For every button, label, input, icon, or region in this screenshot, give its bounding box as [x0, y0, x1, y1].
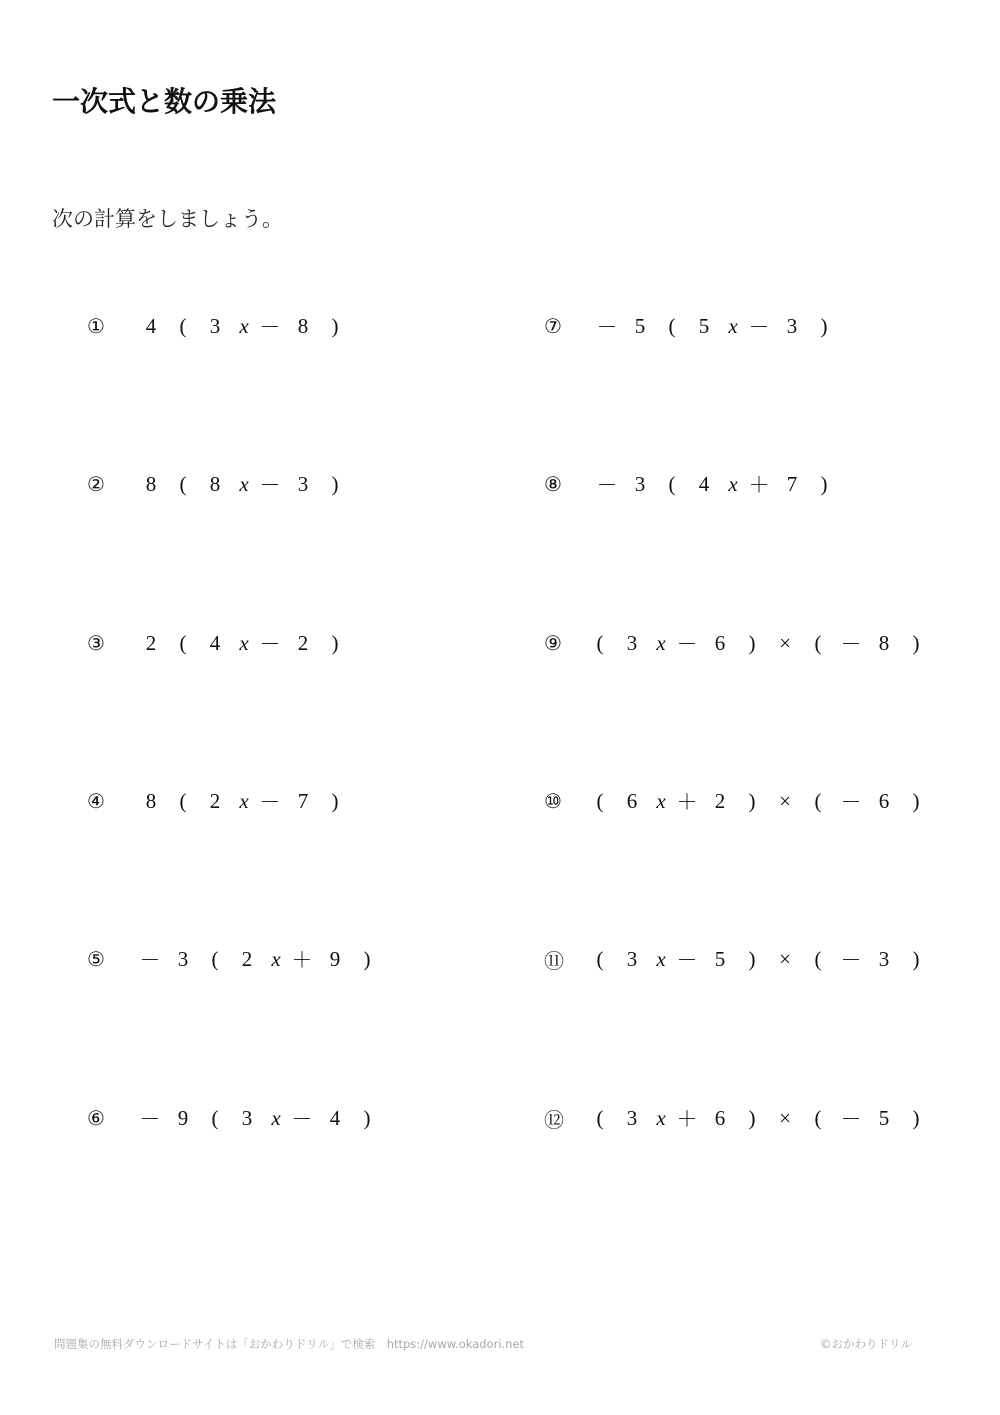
- problem-number: ⑦: [544, 314, 584, 338]
- expression-token: 8: [203, 472, 227, 497]
- problem-1: ① 4(3x－8): [87, 311, 355, 341]
- expression-token: 3: [620, 947, 644, 972]
- expression-token: ×: [772, 1106, 798, 1131]
- expression-token: (: [588, 1106, 612, 1131]
- expression-token: ＋: [289, 944, 315, 974]
- expression-token: (: [203, 1106, 227, 1131]
- expression-token: 6: [620, 789, 644, 814]
- problem-expression: (3x－6)×(－8): [588, 628, 936, 658]
- expression-token: ×: [772, 947, 798, 972]
- problem-expression: (3x－5)×(－3): [588, 944, 936, 974]
- variable-x: x: [724, 314, 742, 339]
- expression-token: ＋: [746, 469, 772, 499]
- expression-token: 9: [171, 1106, 195, 1131]
- problem-expression: 4(3x－8): [139, 311, 355, 341]
- expression-token: ＋: [674, 1103, 700, 1133]
- expression-token: ): [904, 789, 928, 814]
- expression-token: －: [257, 628, 283, 658]
- variable-x: x: [652, 947, 670, 972]
- expression-token: ): [904, 631, 928, 656]
- problem-2: ② 8(8x－3): [87, 469, 355, 499]
- problem-11: ⑪ (3x－5)×(－3): [544, 944, 936, 974]
- expression-token: ): [904, 947, 928, 972]
- expression-token: －: [257, 786, 283, 816]
- expression-token: ): [355, 947, 379, 972]
- problem-number: ②: [87, 472, 127, 496]
- expression-token: ): [355, 1106, 379, 1131]
- expression-token: ): [740, 947, 764, 972]
- expression-token: 5: [628, 314, 652, 339]
- expression-token: 3: [620, 631, 644, 656]
- expression-token: (: [588, 789, 612, 814]
- problem-expression: 8(2x－7): [139, 786, 355, 816]
- expression-token: －: [838, 786, 864, 816]
- variable-x: x: [235, 789, 253, 814]
- problem-12: ⑫ (3x＋6)×(－5): [544, 1103, 936, 1133]
- expression-token: 3: [291, 472, 315, 497]
- problem-expression: －5(5x－3): [594, 311, 844, 341]
- variable-x: x: [652, 631, 670, 656]
- expression-token: 4: [323, 1106, 347, 1131]
- problem-9: ⑨ (3x－6)×(－8): [544, 628, 936, 658]
- expression-token: (: [806, 1106, 830, 1131]
- expression-token: 8: [139, 789, 163, 814]
- variable-x: x: [652, 1106, 670, 1131]
- problem-5: ⑤ －3(2x＋9): [87, 944, 387, 974]
- expression-token: (: [806, 789, 830, 814]
- expression-token: ): [740, 631, 764, 656]
- expression-token: (: [806, 631, 830, 656]
- problem-number: ⑫: [544, 1104, 584, 1133]
- variable-x: x: [267, 947, 285, 972]
- variable-x: x: [267, 1106, 285, 1131]
- expression-token: (: [660, 472, 684, 497]
- problem-number: ⑪: [544, 945, 584, 974]
- instruction-text: 次の計算をしましょう。: [52, 205, 283, 233]
- expression-token: (: [171, 789, 195, 814]
- footer-download-note: 問題集の無料ダウンロードサイトは「おかわりドリル」で検索 https://www…: [54, 1336, 524, 1352]
- expression-token: ＋: [674, 786, 700, 816]
- expression-token: －: [257, 311, 283, 341]
- expression-token: ×: [772, 631, 798, 656]
- expression-token: ): [812, 314, 836, 339]
- expression-token: －: [838, 944, 864, 974]
- expression-token: －: [257, 469, 283, 499]
- expression-token: 2: [291, 631, 315, 656]
- expression-token: 4: [203, 631, 227, 656]
- expression-token: (: [806, 947, 830, 972]
- problem-7: ⑦ －5(5x－3): [544, 311, 844, 341]
- expression-token: ): [740, 1106, 764, 1131]
- expression-token: ): [812, 472, 836, 497]
- expression-token: ): [323, 789, 347, 814]
- problem-3: ③ 2(4x－2): [87, 628, 355, 658]
- problem-4: ④ 8(2x－7): [87, 786, 355, 816]
- expression-token: －: [838, 628, 864, 658]
- problem-number: ⑥: [87, 1106, 127, 1130]
- problem-10: ⑩ (6x＋2)×(－6): [544, 786, 936, 816]
- expression-token: (: [660, 314, 684, 339]
- problem-number: ③: [87, 631, 127, 655]
- expression-token: 6: [708, 631, 732, 656]
- expression-token: ): [323, 472, 347, 497]
- variable-x: x: [652, 789, 670, 814]
- problem-expression: (3x＋6)×(－5): [588, 1103, 936, 1133]
- expression-token: 5: [872, 1106, 896, 1131]
- problem-expression: 8(8x－3): [139, 469, 355, 499]
- expression-token: (: [588, 631, 612, 656]
- expression-token: (: [171, 472, 195, 497]
- expression-token: 3: [171, 947, 195, 972]
- expression-token: －: [746, 311, 772, 341]
- problem-8: ⑧ －3(4x＋7): [544, 469, 844, 499]
- expression-token: 2: [139, 631, 163, 656]
- problem-number: ④: [87, 789, 127, 813]
- expression-token: 5: [692, 314, 716, 339]
- expression-token: ): [740, 789, 764, 814]
- expression-token: 4: [692, 472, 716, 497]
- variable-x: x: [235, 631, 253, 656]
- expression-token: －: [838, 1103, 864, 1133]
- expression-token: 3: [620, 1106, 644, 1131]
- expression-token: 8: [872, 631, 896, 656]
- expression-token: ×: [772, 789, 798, 814]
- expression-token: 6: [708, 1106, 732, 1131]
- expression-token: －: [674, 944, 700, 974]
- footer-copyright: ©おかわりドリル: [820, 1336, 912, 1352]
- expression-token: ): [323, 631, 347, 656]
- expression-token: －: [289, 1103, 315, 1133]
- expression-token: 2: [203, 789, 227, 814]
- expression-token: －: [674, 628, 700, 658]
- variable-x: x: [724, 472, 742, 497]
- problem-expression: (6x＋2)×(－6): [588, 786, 936, 816]
- expression-token: ): [323, 314, 347, 339]
- variable-x: x: [235, 472, 253, 497]
- problem-number: ⑤: [87, 947, 127, 971]
- expression-token: 3: [872, 947, 896, 972]
- problem-6: ⑥ －9(3x－4): [87, 1103, 387, 1133]
- problem-expression: －9(3x－4): [137, 1103, 387, 1133]
- page-title: 一次式と数の乗法: [52, 84, 276, 120]
- variable-x: x: [235, 314, 253, 339]
- expression-token: 8: [139, 472, 163, 497]
- expression-token: 2: [235, 947, 259, 972]
- expression-token: －: [137, 944, 163, 974]
- problem-number: ⑧: [544, 472, 584, 496]
- problem-number: ⑩: [544, 789, 584, 813]
- problem-expression: 2(4x－2): [139, 628, 355, 658]
- expression-token: －: [594, 311, 620, 341]
- expression-token: 9: [323, 947, 347, 972]
- expression-token: 2: [708, 789, 732, 814]
- expression-token: 7: [780, 472, 804, 497]
- expression-token: 6: [872, 789, 896, 814]
- expression-token: (: [588, 947, 612, 972]
- expression-token: 3: [235, 1106, 259, 1131]
- expression-token: 4: [139, 314, 163, 339]
- expression-token: －: [137, 1103, 163, 1133]
- problem-number: ⑨: [544, 631, 584, 655]
- expression-token: ): [904, 1106, 928, 1131]
- expression-token: (: [171, 314, 195, 339]
- problem-number: ①: [87, 314, 127, 338]
- problem-expression: －3(2x＋9): [137, 944, 387, 974]
- expression-token: －: [594, 469, 620, 499]
- expression-token: 3: [628, 472, 652, 497]
- expression-token: 3: [780, 314, 804, 339]
- expression-token: 3: [203, 314, 227, 339]
- expression-token: 7: [291, 789, 315, 814]
- problem-expression: －3(4x＋7): [594, 469, 844, 499]
- expression-token: (: [203, 947, 227, 972]
- expression-token: 8: [291, 314, 315, 339]
- expression-token: (: [171, 631, 195, 656]
- expression-token: 5: [708, 947, 732, 972]
